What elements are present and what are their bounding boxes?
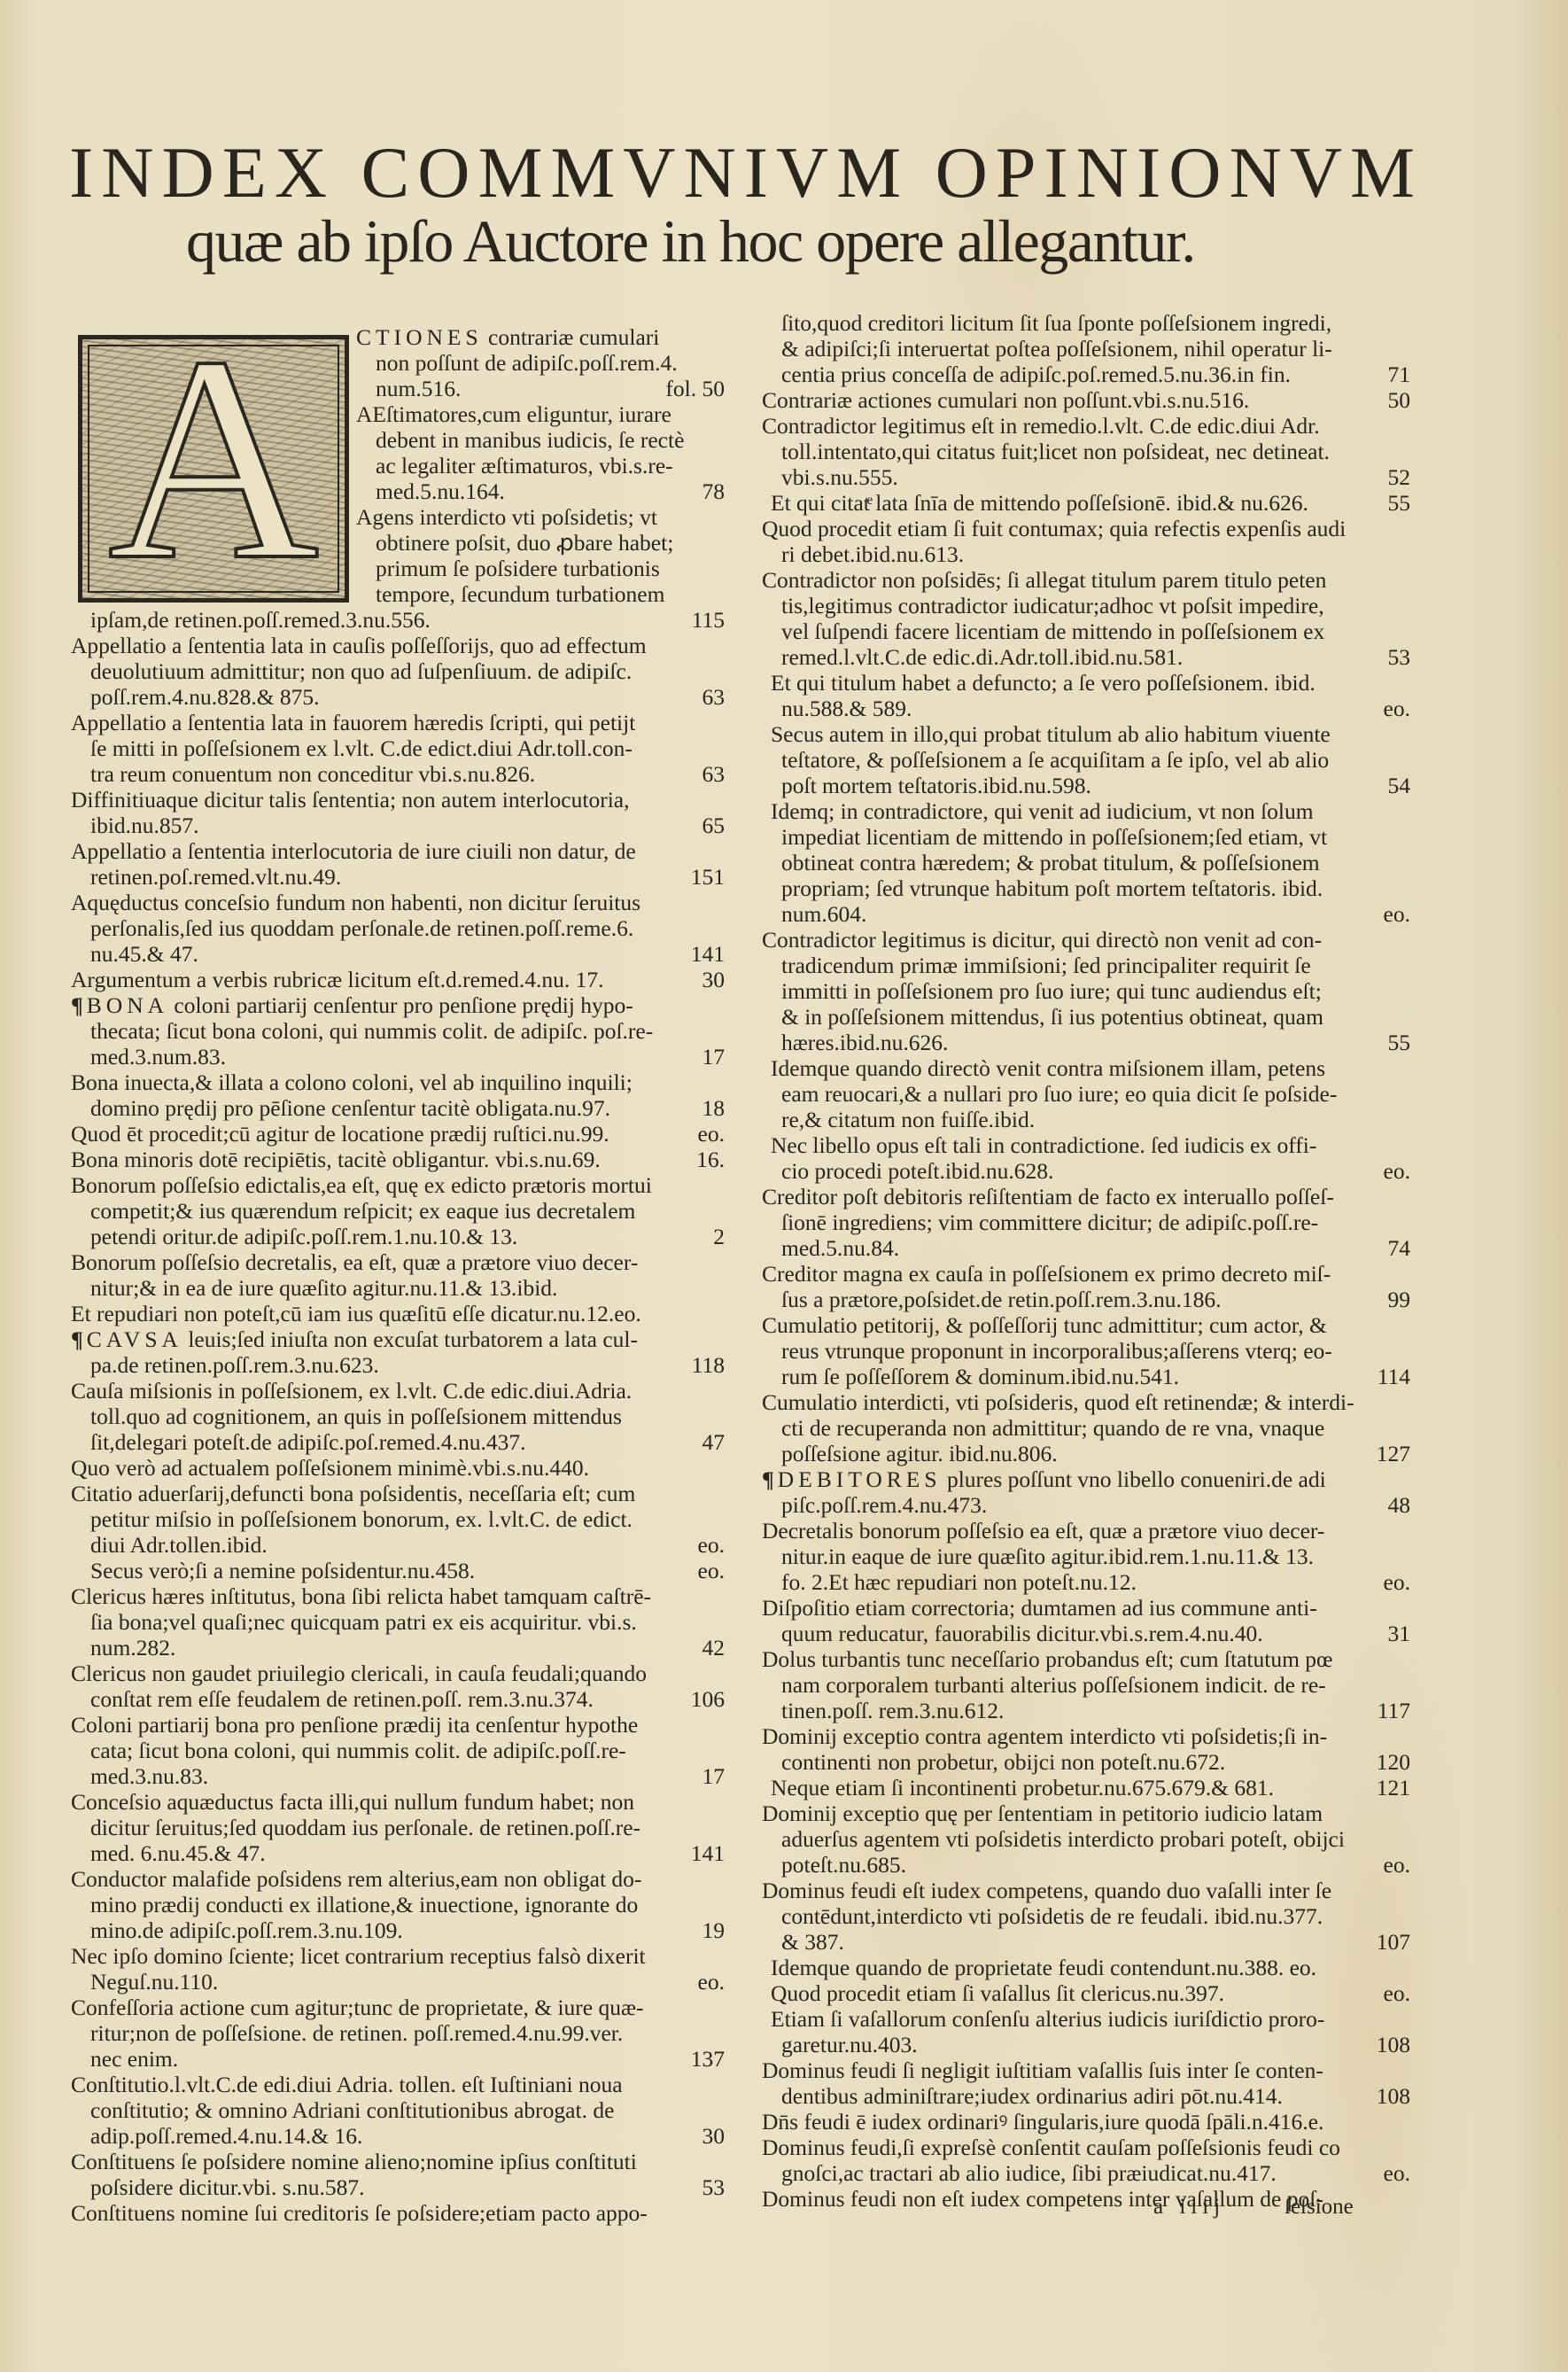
index-entry-text: adip.poſſ.remed.4.nu.14.& 16. [71,2123,362,2149]
index-line: poſſ.rem.4.nu.828.& 875.63 [71,684,725,710]
index-entry-text: Conſtituens ſe poſsidere nomine alieno;n… [71,2149,637,2174]
index-line: Idemq; in contradictore, qui venit ad iu… [762,798,1410,824]
index-line: Bonorum poſſeſsio decretalis, ea eſt, qu… [71,1249,725,1275]
index-line: dicitur ſeruitus;ſed quoddam ius perſona… [71,1815,725,1840]
signature-mark: a iiij [1153,2195,1225,2220]
index-entry-text: eam reuocari,& a nullari pro ſuo iure; e… [762,1081,1337,1107]
index-entry-text: Clericus hæres inſtitutus, bona ſibi rel… [71,1583,651,1609]
index-line: piſc.poſſ.rem.4.nu.473.48 [762,1492,1410,1518]
index-entry-text: Etiam ſi vaſallorum conſenſu alterius iu… [762,2006,1324,2032]
index-line: deuolutiuum admittitur; non quo ad ſuſpe… [71,658,725,684]
index-line: Et qui citatͤ lata ſnīa de mittendo poſſ… [762,490,1410,516]
index-line: obtinere poſsit, duo ꝓbare habet; [71,530,725,556]
index-entry-text: Cumulatio petitorij, & poſſeſſorij tunc … [762,1312,1327,1338]
index-entry-text: med.3.num.83. [71,1044,226,1069]
index-entry-text: tempore, ſecundum turbationem [71,581,664,607]
index-entry-text: Argumentum a verbis rubricæ licitum eſt.… [71,967,604,992]
index-line: competit;& ius quærendum reſpicit; ex ea… [71,1198,725,1224]
folio-reference: 118 [692,1352,725,1378]
index-line: adip.poſſ.remed.4.nu.14.& 16.30 [71,2123,725,2149]
index-entry-text: reus vtrunque proponunt in incorporalibu… [762,1338,1332,1364]
section-lead-word: CAVSA [87,1326,182,1352]
index-entry-text: Conſtituens nomine ſui creditoris ſe poſ… [71,2200,648,2226]
index-entry-text: pa.de retinen.poſſ.rem.3.nu.623. [71,1352,379,1378]
folio-reference: 99 [1388,1287,1411,1312]
index-entry-text: Neque etiam ſi incontinenti probetur.nu.… [762,1775,1274,1800]
index-entry-text: tis,legitimus contradictor iudicatur;adh… [762,593,1324,618]
index-line: mino.de adipiſc.poſſ.rem.3.nu.109.19 [71,1917,725,1943]
index-line: AEſtimatores,cum eliguntur, iurare [71,401,725,427]
index-line: ſito,quod creditori licitum ſit ſua ſpon… [762,310,1410,336]
index-line: Diſpoſitio etiam correctoria; dumtamen a… [762,1595,1410,1621]
index-line: obtineat contra hæredem; & probat titulu… [762,850,1410,875]
index-entry-text: quum reducatur, fauorabilis dicitur.vbi.… [762,1621,1263,1646]
index-line: Contradictor legitimus eſt in remedio.l.… [762,413,1410,439]
index-entry-text: immitti in poſſeſsionem pro ſuo iure; qu… [762,978,1322,1004]
index-line: Conceſsio aquæductus facta illi,qui null… [71,1789,725,1815]
index-entry-text: num.282. [71,1635,175,1660]
index-line: vbi.s.nu.555.52 [762,464,1410,490]
folio-reference: eo. [1384,2160,1410,2186]
folio-reference: 120 [1377,1749,1410,1775]
index-line: Quo verò ad actualem poſſeſsionem minimè… [71,1455,725,1481]
folio-reference: fol. 50 [665,376,725,401]
index-entry-text: nec enim. [71,2046,178,2072]
index-line: ipſam,de retinen.poſſ.remed.3.nu.556.115 [71,607,725,633]
index-line: Idemque quando de proprietate feudi cont… [762,1955,1410,1980]
folio-reference: 17 [702,1044,726,1069]
index-entry-text: retinen.poſ.remed.vlt.nu.49. [71,864,341,890]
folio-reference: 17 [702,1763,726,1789]
index-entry-text: obtineat contra hæredem; & probat titulu… [762,850,1320,875]
paragraph-mark-icon: ¶ [71,1326,83,1352]
index-entry-text: cio procedi poteſt.ibid.nu.628. [762,1158,1053,1184]
index-entry-text: mino prædij conducti ex illatione,& inue… [71,1892,638,1917]
index-entry-text: hæres.ibid.nu.626. [762,1030,948,1055]
folio-reference: 31 [1388,1621,1411,1646]
index-entry-text: Dominij exceptio quę per ſententiam in p… [762,1800,1323,1826]
index-line: Coloni partiarij bona pro penſione prædi… [71,1712,725,1738]
index-line: Nec ipſo domino ſciente; licet contrariu… [71,1943,725,1969]
index-line: remed.l.vlt.C.de edic.di.Adr.toll.ibid.n… [762,644,1410,670]
index-line: Citatio aduerſarij,defuncti bona poſside… [71,1481,725,1506]
index-entry-text: cti de recuperanda non admittitur; quand… [762,1415,1324,1441]
index-line: Cumulatio petitorij, & poſſeſſorij tunc … [762,1312,1410,1338]
index-entry-text: Dolus turbantis tunc neceſſario probandu… [762,1646,1332,1672]
index-entry-text: Appellatio a ſententia lata in cauſis po… [71,633,647,658]
index-line: teſtatore, & poſſeſsionem a ſe acquiſita… [762,747,1410,773]
index-line: Conſtitutio.l.vlt.C.de edi.diui Adria. t… [71,2072,725,2097]
index-line: med.5.nu.84.74 [762,1235,1410,1261]
index-entry-text: Cauſa miſsionis in poſſeſsionem, ex l.vl… [71,1378,632,1404]
index-entry-text: Idemque quando de proprietate feudi cont… [762,1955,1316,1980]
index-line: tra reum conuentum non conceditur vbi.s.… [71,761,725,787]
index-line: ſionē ingrediens; vim committere dicitur… [762,1209,1410,1235]
folio-reference: eo. [1384,1852,1410,1878]
index-line: perſonalis,ſed ius quoddam perſonale.de … [71,915,725,941]
index-entry-text: Secus verò;ſi a nemine poſsidentur.nu.45… [71,1558,475,1583]
index-line: ac legaliter æſtimaturos, vbi.s.re- [71,453,725,478]
index-entry-text: impediat licentiam de mittendo in poſſeſ… [762,824,1327,850]
index-line: nu.588.& 589.eo. [762,696,1410,721]
index-line: cio procedi poteſt.ibid.nu.628.eo. [762,1158,1410,1184]
index-line: Conductor malafide poſsidens rem alteriu… [71,1866,725,1892]
index-line: med.3.nu.83.17 [71,1763,725,1789]
index-line: poſt mortem teſtatoris.ibid.nu.598.54 [762,773,1410,798]
index-entry-text: toll.quo ad cognitionem, an quis in poſſ… [71,1404,622,1429]
index-line: Etiam ſi vaſallorum conſenſu alterius iu… [762,2006,1410,2032]
catchword: ſeſsione [1285,2195,1354,2220]
folio-reference: eo. [1384,1569,1410,1595]
index-entry-text: Agens interdicto vti poſsidetis; vt [71,504,657,530]
index-entry-text: nitur;& in ea de iure quæſito agitur.nu.… [71,1275,557,1301]
index-entry-text: Bona inuecta,& illata a colono coloni, v… [71,1069,633,1095]
index-entry-text: Dominus feudi non eſt iudex competens in… [762,2186,1323,2212]
index-entry-text: med.3.nu.83. [71,1763,208,1789]
index-line: Clericus hæres inſtitutus, bona ſibi rel… [71,1583,725,1609]
index-entry-text: rum ſe poſſeſſorem & dominum.ibid.nu.541… [762,1364,1179,1389]
index-entry-text: ſia bona;vel quaſi;nec quicquam patri ex… [71,1609,637,1635]
index-line: nitur;& in ea de iure quæſito agitur.nu.… [71,1275,725,1301]
folio-reference: 30 [702,2123,726,2149]
index-line: dentibus adminiſtrare;iudex ordinarius a… [762,2083,1410,2109]
index-entry-text: ſionē ingrediens; vim committere dicitur… [762,1209,1318,1235]
index-entry-text: Contradictor non poſsidēs; ſi allegat ti… [762,567,1326,593]
index-entry-text: Diſpoſitio etiam correctoria; dumtamen a… [762,1595,1317,1621]
index-entry-text: poſſ.rem.4.nu.828.& 875. [71,684,320,710]
index-line: & adipiſci;ſi interuertat poſtea poſſeſs… [762,336,1410,362]
index-line: quum reducatur, fauorabilis dicitur.vbi.… [762,1621,1410,1646]
folio-reference: 50 [1388,387,1411,413]
index-line: cata; ſicut bona coloni, qui nummis coli… [71,1738,725,1763]
index-line: ¶CAVSA leuis;ſed iniuſta non excuſat tur… [71,1326,725,1352]
index-entry-text: AEſtimatores,cum eliguntur, iurare [71,401,671,427]
index-line: diui Adr.tollen.ibid.eo. [71,1532,725,1558]
index-entry-text: deuolutiuum admittitur; non quo ad ſuſpe… [71,658,632,684]
index-line: num.516.fol. 50 [71,376,725,401]
index-line: Appellatio a ſententia interlocutoria de… [71,838,725,864]
folio-reference: 108 [1377,2083,1410,2109]
index-entry-text: garetur.nu.403. [762,2032,918,2057]
index-line: pa.de retinen.poſſ.rem.3.nu.623.118 [71,1352,725,1378]
index-line: centia prius conceſſa de adipiſc.poſ.rem… [762,362,1410,387]
folio-reference: eo. [698,1121,725,1147]
index-line: gnoſci,ac tractari ab alio iudice, ſibi … [762,2160,1410,2186]
index-entry-text: med.5.nu.164. [71,478,505,504]
index-line: Idemque quando directò venit contra miſs… [762,1055,1410,1081]
folio-reference: 114 [1378,1364,1410,1389]
index-entry-text: ſit,delegari poteſt.de adipiſc.poſ.remed… [71,1429,525,1455]
index-entry-text: Coloni partiarij bona pro penſione prædi… [71,1712,638,1738]
index-entry-text: Cumulatio interdicti, vti poſsideris, qu… [762,1389,1355,1415]
index-line: ſe mitti in poſſeſsionem ex l.vlt. C.de … [71,735,725,761]
index-line: contēdunt,interdicto vti poſsidetis de r… [762,1903,1410,1929]
index-line: Dominij exceptio contra agentem interdic… [762,1723,1410,1749]
index-entry-text: remed.l.vlt.C.de edic.di.Adr.toll.ibid.n… [762,644,1183,670]
index-entry-text: Dominus feudi eſt iudex competens, quand… [762,1878,1331,1903]
index-entry-text: ſito,quod creditori licitum ſit ſua ſpon… [762,310,1331,336]
index-line: Et qui titulum habet a defuncto; a ſe ve… [762,670,1410,696]
index-line: primum ſe poſsidere turbationis [71,556,725,581]
index-entry-text: dentibus adminiſtrare;iudex ordinarius a… [762,2083,1283,2109]
index-entry-text: gnoſci,ac tractari ab alio iudice, ſibi … [762,2160,1277,2186]
section-lead-word: DEBITORES [778,1466,942,1492]
index-line: impediat licentiam de mittendo in poſſeſ… [762,824,1410,850]
folio-reference: 16. [696,1147,725,1172]
index-entry-text: poſt mortem teſtatoris.ibid.nu.598. [762,773,1091,798]
index-entry-text: competit;& ius quærendum reſpicit; ex ea… [71,1198,635,1224]
index-line: toll.quo ad cognitionem, an quis in poſſ… [71,1404,725,1429]
index-line: Agens interdicto vti poſsidetis; vt [71,504,725,530]
index-line: Nec libello opus eſt tali in contradicti… [762,1132,1410,1158]
index-line: eam reuocari,& a nullari pro ſuo iure; e… [762,1081,1410,1107]
index-line: num.282.42 [71,1635,725,1660]
folio-reference: 141 [691,941,725,967]
folio-reference: 63 [702,684,726,710]
index-entry-text: ſus a prætore,poſsidet.de retin.poſſ.rem… [762,1287,1221,1312]
index-line: poſſeſsione agitur. ibid.nu.806.127 [762,1441,1410,1466]
folio-reference: 151 [691,864,725,890]
index-entry-text: ibid.nu.857. [71,813,199,838]
index-line: ¶BONA coloni partiarij cenſentur pro pen… [71,992,725,1018]
index-entry-text: tra reum conuentum non conceditur vbi.s.… [71,761,535,787]
index-line: Bona minoris dotē recipiētis, tacitè obl… [71,1147,725,1172]
index-line: Quod ēt procedit;cū agitur de locatione … [71,1121,725,1147]
index-line: nec enim.137 [71,2046,725,2072]
folio-reference: 74 [1388,1235,1411,1261]
index-line: & in poſſeſsionem mittendus, ſi ius pote… [762,1004,1410,1030]
folio-reference: 115 [692,607,725,633]
folio-reference: 127 [1377,1441,1410,1466]
index-line: Bona inuecta,& illata a colono coloni, v… [71,1069,725,1095]
book-page: INDEX COMMVNIVM OPINIONVM quæ ab ipſo Au… [0,0,1568,2372]
index-line: tinen.poſſ. rem.3.nu.612.117 [762,1698,1410,1723]
index-line: Creditor poſt debitoris reſiſtentiam de … [762,1184,1410,1209]
index-line: Bonorum poſſeſsio edictalis,ea eſt, quę … [71,1172,725,1198]
index-line: domino prędij pro pēſione cenſentur taci… [71,1095,725,1121]
folio-reference: 54 [1388,773,1411,798]
index-entry-text: Et qui citatͤ lata ſnīa de mittendo poſſ… [762,490,1308,516]
index-entry-text: propriam; ſed vtrunque habitum poſt mort… [762,875,1323,901]
index-entry-text: & 387. [762,1929,844,1955]
index-line: ſit,delegari poteſt.de adipiſc.poſ.remed… [71,1429,725,1455]
index-entry-text: Bona minoris dotē recipiētis, tacitè obl… [71,1147,601,1172]
index-line: toll.intentato,qui citatus fuit;licet no… [762,439,1410,464]
index-entry-text: & in poſſeſsionem mittendus, ſi ius pote… [762,1004,1323,1030]
page-subtitle: quæ ab ipſo Auctore in hoc opere allegan… [186,206,1338,276]
index-line: Cumulatio interdicti, vti poſsideris, qu… [762,1389,1410,1415]
folio-reference: 18 [702,1095,726,1121]
index-entry-text: Aquęductus conceſsio fundum non habenti,… [71,890,640,915]
index-line: ſia bona;vel quaſi;nec quicquam patri ex… [71,1609,725,1635]
index-entry-text: Decretalis bonorum poſſeſsio ea eſt, quæ… [762,1518,1324,1544]
index-line: poſsidere dicitur.vbi. s.nu.587.53 [71,2174,725,2200]
index-line: Quod procedit etiam ſi fuit contumax; qu… [762,516,1410,541]
folio-reference: eo. [698,1558,725,1583]
index-entry-text: Dn̄s feudi ē iudex ordinariꝰ ſingularis,… [762,2109,1323,2135]
index-entry-text: conſtitutio; & omnino Adriani conſtituti… [71,2097,614,2123]
index-entry-text: cata; ſicut bona coloni, qui nummis coli… [71,1738,626,1763]
index-entry-text: nam corporalem turbanti alterius poſſeſs… [762,1672,1326,1698]
index-line: ¶DEBITORES plures poſſunt vno libello co… [762,1466,1410,1492]
index-column-right: ſito,quod creditori licitum ſit ſua ſpon… [762,310,1410,2212]
index-line: ritur;non de poſſeſsione. de retinen. po… [71,2020,725,2046]
index-line: Dn̄s feudi ē iudex ordinariꝰ ſingularis,… [762,2109,1410,2135]
index-entry-text: ritur;non de poſſeſsione. de retinen. po… [71,2020,623,2046]
index-line: Et repudiari non poteſt,cū iam ius quæſi… [71,1301,725,1326]
index-line: petitur miſsio in poſſeſsionem bonorum, … [71,1506,725,1532]
index-line: Confeſſoria actione cum agitur;tunc de p… [71,1995,725,2020]
index-entry-text: & adipiſci;ſi interuertat poſtea poſſeſs… [762,336,1332,362]
index-line: petendi oritur.de adipiſc.poſſ.rem.1.nu.… [71,1224,725,1249]
index-entry-text: nu.588.& 589. [762,696,912,721]
index-entry-text: toll.intentato,qui citatus fuit;licet no… [762,439,1330,464]
index-entry-text: Creditor magna ex cauſa in poſſeſsionem … [762,1261,1331,1287]
index-entry-text: Nec ipſo domino ſciente; licet contrariu… [71,1943,646,1969]
index-line: med.3.num.83.17 [71,1044,725,1069]
index-entry-text: piſc.poſſ.rem.4.nu.473. [762,1492,987,1518]
index-line: hæres.ibid.nu.626.55 [762,1030,1410,1055]
index-line: non poſſunt de adipiſc.poſſ.rem.4. [71,350,725,376]
section-lead-word: BONA [87,992,168,1018]
index-entry-text: domino prędij pro pēſione cenſentur taci… [71,1095,610,1121]
index-entry-text: teſtatore, & poſſeſsionem a ſe acquiſita… [762,747,1329,773]
index-entry-text: perſonalis,ſed ius quoddam perſonale.de … [71,915,633,941]
index-line: mino prædij conducti ex illatione,& inue… [71,1892,725,1917]
index-line: Appellatio a ſententia lata in fauorem h… [71,710,725,735]
index-line: re,& citatum non fuiſſe.ibid. [762,1107,1410,1132]
index-entry-text: Appellatio a ſententia interlocutoria de… [71,838,636,864]
index-entry-text: vel ſuſpendi facere licentiam de mittend… [762,618,1324,644]
folio-reference: eo. [1384,901,1410,927]
index-entry-text: Dominus feudi,ſi expreſsè conſentit cauſ… [762,2135,1340,2160]
index-entry-text: Contrariæ actiones cumulari non poſſunt.… [762,387,1249,413]
index-line: med.5.nu.164.78 [71,478,725,504]
folio-reference: 2 [713,1224,725,1249]
index-line: retinen.poſ.remed.vlt.nu.49.151 [71,864,725,890]
index-entry-text: diui Adr.tollen.ibid. [71,1532,268,1558]
index-entry-text: ſe mitti in poſſeſsionem ex l.vlt. C.de … [71,735,633,761]
folio-reference: 121 [1377,1775,1410,1800]
index-line: Secus verò;ſi a nemine poſsidentur.nu.45… [71,1558,725,1583]
index-entry-text: thecata; ſicut bona coloni, qui nummis c… [71,1018,653,1044]
index-line: continenti non probetur, obijci non pote… [762,1749,1410,1775]
index-line: Diffinitiuaque dicitur talis ſententia; … [71,787,725,813]
index-entry-text: dicitur ſeruitus;ſed quoddam ius perſona… [71,1815,640,1840]
index-line: conſtitutio; & omnino Adriani conſtituti… [71,2097,725,2123]
folio-reference: 19 [702,1917,726,1943]
index-entry-text: mino.de adipiſc.poſſ.rem.3.nu.109. [71,1917,403,1943]
index-line: Dominus feudi eſt iudex competens, quand… [762,1878,1410,1903]
folio-reference: 78 [702,478,726,504]
folio-reference: eo. [1384,1158,1410,1184]
index-line: thecata; ſicut bona coloni, qui nummis c… [71,1018,725,1044]
index-line: fo. 2.Et hæc repudiari non poteſt.nu.12.… [762,1569,1410,1595]
index-line: ibid.nu.857.65 [71,813,725,838]
index-entry-text: num.516. [71,376,461,401]
folio-reference: eo. [1384,696,1410,721]
index-entry-text: Conſtitutio.l.vlt.C.de edi.diui Adria. t… [71,2072,623,2097]
index-entry-text: Bonorum poſſeſsio edictalis,ea eſt, quę … [71,1172,652,1198]
index-entry-text: re,& citatum non fuiſſe.ibid. [762,1107,1035,1132]
index-line: Creditor magna ex cauſa in poſſeſsionem … [762,1261,1410,1287]
index-entry-text: Confeſſoria actione cum agitur;tunc de p… [71,1995,644,2020]
index-line: nam corporalem turbanti alterius poſſeſs… [762,1672,1410,1698]
page-title: INDEX COMMVNIVM OPINIONVM [69,133,1416,213]
index-entry-text: aduerſus agentem vti poſsidetis interdic… [762,1826,1345,1852]
index-entry-text: med.5.nu.84. [762,1235,899,1261]
index-line: nitur.in eaque de iure quæſito agitur.ib… [762,1544,1410,1569]
index-entry-text: Et qui titulum habet a defuncto; a ſe ve… [762,670,1316,696]
index-line: tempore, ſecundum turbationem [71,581,725,607]
index-line: Dominus feudi,ſi expreſsè conſentit cauſ… [762,2135,1410,2160]
folio-reference: 48 [1388,1492,1411,1518]
index-entry-text: tradicendum primæ immiſsioni; ſed princi… [762,953,1311,978]
index-line: immitti in poſſeſsionem pro ſuo iure; qu… [762,978,1410,1004]
index-line: Quod procedit etiam ſi vaſallus ſit cler… [762,1980,1410,2006]
index-line: Aquęductus conceſsio fundum non habenti,… [71,890,725,915]
index-entry-text: Contradictor legitimus eſt in remedio.l.… [762,413,1320,439]
folio-reference: 52 [1388,464,1411,490]
index-entry-text: Idemque quando directò venit contra miſs… [762,1055,1325,1081]
folio-reference: 108 [1377,2032,1410,2057]
index-entry-text: Creditor poſt debitoris reſiſtentiam de … [762,1184,1334,1209]
index-entry-text: Conceſsio aquæductus facta illi,qui null… [71,1789,634,1815]
index-line: Contradictor legitimus is dicitur, qui d… [762,927,1410,953]
index-line: & 387.107 [762,1929,1410,1955]
index-line: conſtat rem eſſe feudalem de retinen.poſ… [71,1686,725,1712]
index-entry-text: poſſeſsione agitur. ibid.nu.806. [762,1441,1058,1466]
index-entry-text: Appellatio a ſententia lata in fauorem h… [71,710,635,735]
folio-reference: 107 [1377,1929,1410,1955]
index-line: Decretalis bonorum poſſeſsio ea eſt, quæ… [762,1518,1410,1544]
index-entry-text: obtinere poſsit, duo ꝓbare habet; [71,530,673,556]
index-line: garetur.nu.403.108 [762,2032,1410,2057]
index-line: Conſtituens nomine ſui creditoris ſe poſ… [71,2200,725,2226]
index-line: cti de recuperanda non admittitur; quand… [762,1415,1410,1441]
index-entry-text: contēdunt,interdicto vti poſsidetis de r… [762,1903,1323,1929]
index-entry-text: ¶CAVSA leuis;ſed iniuſta non excuſat tur… [71,1326,638,1352]
index-entry-text: Quod procedit etiam ſi fuit contumax; qu… [762,516,1346,541]
index-line: reus vtrunque proponunt in incorporalibu… [762,1338,1410,1364]
folio-reference: 71 [1388,362,1411,387]
folio-reference: 42 [702,1635,726,1660]
section-lead-word: CTIONES [356,324,483,350]
folio-reference: 53 [702,2174,726,2200]
index-entry-text: nitur.in eaque de iure quæſito agitur.ib… [762,1544,1314,1569]
index-line: Dominus feudi ſi negligit iuſtitiam vaſa… [762,2057,1410,2083]
index-entry-text: Citatio aduerſarij,defuncti bona poſside… [71,1481,635,1506]
index-line: Neque etiam ſi incontinenti probetur.nu.… [762,1775,1410,1800]
folio-reference: 55 [1388,490,1411,516]
index-entry-text: primum ſe poſsidere turbationis [71,556,660,581]
index-entry-text: debent in manibus iudicis, ſe rectè [71,427,684,453]
index-entry-text: Quo verò ad actualem poſſeſsionem minimè… [71,1455,589,1481]
folio-reference: 53 [1388,644,1411,670]
index-entry-text: Dominij exceptio contra agentem interdic… [762,1723,1327,1749]
index-entry-text: centia prius conceſſa de adipiſc.poſ.rem… [762,362,1291,387]
index-entry-text: Et repudiari non poteſt,cū iam ius quæſi… [71,1301,641,1326]
index-entry-text: fo. 2.Et hæc repudiari non poteſt.nu.12. [762,1569,1137,1595]
folio-reference: 137 [691,2046,725,2072]
index-entry-text: Clericus non gaudet priuilegio clericali… [71,1660,647,1686]
folio-reference: 63 [702,761,726,787]
index-column-left: CTIONES contrariæ cumularinon poſſunt de… [71,324,725,2226]
index-line: rum ſe poſſeſſorem & dominum.ibid.nu.541… [762,1364,1410,1389]
index-line: Argumentum a verbis rubricæ licitum eſt.… [71,967,725,992]
folio-reference: eo. [698,1969,725,1995]
index-line: Cauſa miſsionis in poſſeſsionem, ex l.vl… [71,1378,725,1404]
